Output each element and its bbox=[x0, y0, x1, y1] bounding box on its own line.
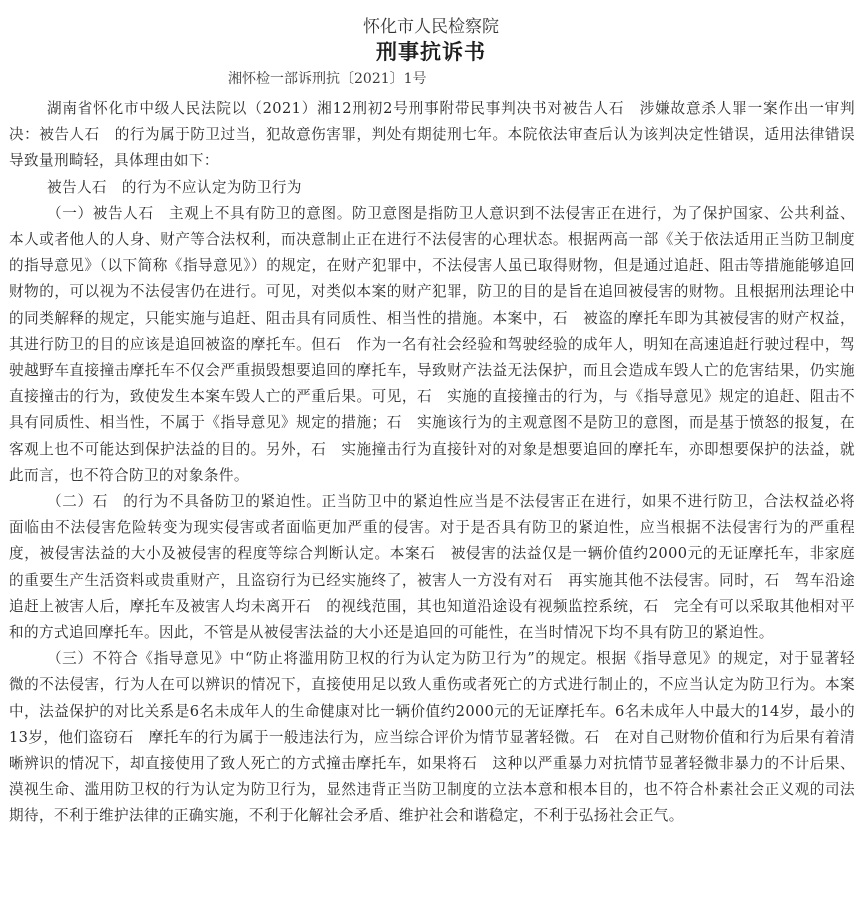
issuing-organization: 怀化市人民检察院 bbox=[0, 12, 862, 37]
document-body: 湖南省怀化市中级人民法院以（2021）湘12刑初2号刑事附带民事判决书对被告人石… bbox=[9, 96, 855, 830]
document-number: 湘怀检一部诉刑抗〔2021〕1号 bbox=[228, 68, 427, 88]
paragraph-point-1: （一）被告人石 主观上不具有防卫的意图。防卫意图是指防卫人意识到不法侵害正在进行… bbox=[9, 201, 855, 489]
paragraph-point-2: （二）石 的行为不具备防卫的紧迫性。正当防卫中的紧迫性应当是不法侵害正在进行，如… bbox=[9, 489, 855, 646]
section-heading: 被告人石 的行为不应认定为防卫行为 bbox=[9, 175, 855, 201]
document-title: 刑事抗诉书 bbox=[0, 36, 862, 66]
paragraph-point-3: （三）不符合《指导意见》中“防止将滥用防卫权的行为认定为防卫行为”的规定。根据《… bbox=[9, 646, 855, 829]
paragraph-intro: 湖南省怀化市中级人民法院以（2021）湘12刑初2号刑事附带民事判决书对被告人石… bbox=[9, 96, 855, 175]
